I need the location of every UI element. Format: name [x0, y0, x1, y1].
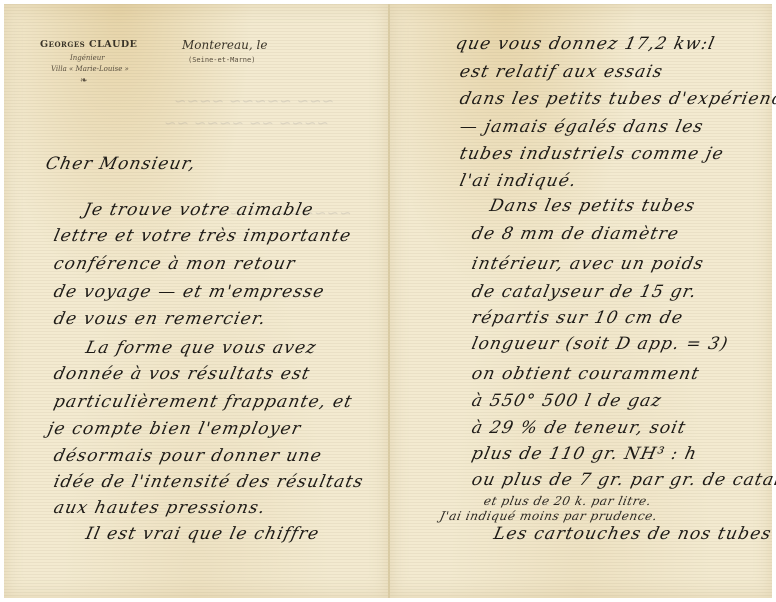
handwritten-line: aux hautes pressions. — [52, 498, 268, 518]
handwritten-line: La forme que vous avez — [84, 338, 319, 358]
letterhead-address: Villa « Marie-Louise » — [51, 65, 129, 73]
handwritten-line: Dans les petits tubes — [488, 196, 698, 216]
handwritten-line: Je trouve votre aimable — [82, 200, 316, 220]
handwritten-line: et plus de 20 k. par litre. — [483, 494, 653, 508]
handwritten-line: intérieur, avec un poids — [470, 254, 706, 274]
handwritten-line: plus de 110 gr. NH³ : h — [470, 444, 699, 464]
letterhead-place: Montereau, le — [182, 38, 267, 52]
fleuron-ornament-icon: ❧ — [80, 76, 88, 86]
handwritten-line: ou plus de 7 gr. par gr. de catal. — [470, 470, 776, 490]
handwritten-line: que vous donnez 17,2 kw:l — [454, 34, 717, 54]
handwritten-line: longueur (soit D app. = 3) — [470, 334, 731, 354]
handwritten-line: donnée à vos résultats est — [52, 364, 312, 384]
bleed-through-text: ~~~ ~~~~~ ~~~~ — [172, 92, 336, 110]
handwritten-line: désormais pour donner une — [52, 446, 324, 466]
handwritten-line: tubes industriels comme je — [458, 144, 726, 164]
letterhead-name: Georges CLAUDE — [40, 39, 137, 50]
handwritten-line: dans les petits tubes d'expérience — [458, 89, 776, 109]
handwritten-line: de vous en remercier. — [52, 309, 268, 329]
letterhead-region: (Seine-et-Marne) — [188, 56, 255, 64]
handwritten-line: est relatif aux essais — [458, 62, 665, 82]
handwritten-insert: J'ai indiqué moins par prudence. — [439, 509, 659, 523]
handwritten-line: l'ai indiqué. — [458, 171, 579, 191]
handwritten-line: Les cartouches de nos tubes — [492, 524, 774, 544]
handwritten-line: particulièrement frappante, et — [52, 392, 355, 412]
handwritten-line: Il est vrai que le chiffre — [84, 524, 322, 544]
handwritten-line: de voyage — et m'empresse — [52, 282, 327, 302]
handwritten-line: à 550° 500 l de gaz — [470, 391, 664, 411]
handwritten-line: lettre et votre très importante — [52, 226, 354, 246]
handwritten-line: de 8 mm de diamètre — [470, 224, 681, 244]
handwritten-line: je compte bien l'employer — [46, 419, 303, 439]
bleed-through-text: ~~~~ ~~ ~~~~ ~~ — [162, 114, 331, 132]
handwritten-line: idée de l'intensité des résultats — [52, 472, 366, 492]
salutation: Cher Monsieur, — [44, 154, 198, 174]
handwritten-line: — jamais égalés dans les — [458, 117, 706, 137]
handwritten-line: on obtient couramment — [470, 364, 702, 384]
handwritten-line: à 29 % de teneur, soit — [470, 418, 688, 438]
letter-page-left: Georges CLAUDE Ingénieur Villa « Marie-L… — [4, 4, 388, 598]
handwritten-line: conférence à mon retour — [52, 254, 298, 274]
handwritten-line: répartis sur 10 cm de — [470, 308, 685, 328]
letterhead-title: Ingénieur — [70, 54, 105, 62]
handwritten-line: de catalyseur de 15 gr. — [470, 282, 699, 302]
letter-page-right: que vous donnez 17,2 kw:l est relatif au… — [390, 4, 772, 598]
